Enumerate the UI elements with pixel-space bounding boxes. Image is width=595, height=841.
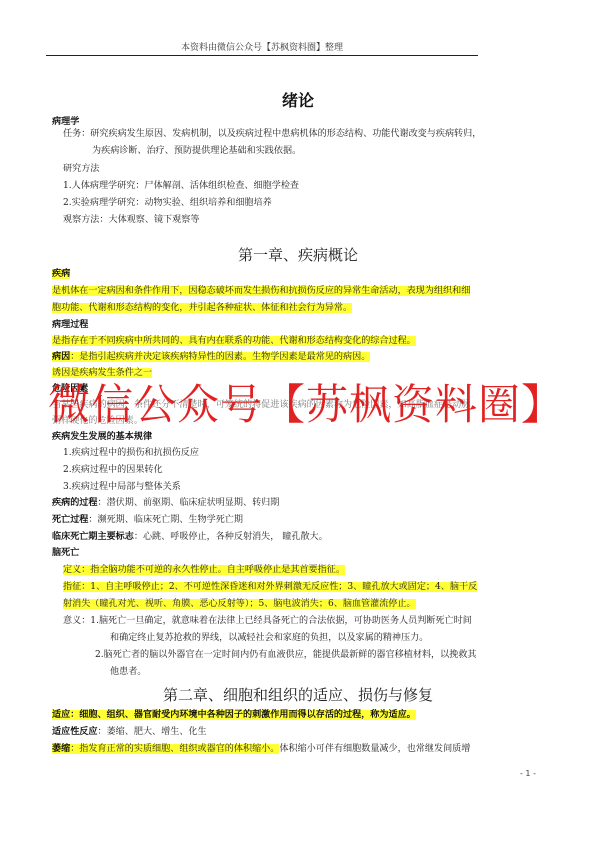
- atrophy-continued: 体积缩小可伴有细胞数量减少，也常继发间质增: [279, 744, 470, 754]
- page-header: 本资料由微信公众号【苏枫资料圈】整理: [46, 40, 478, 53]
- significance-4: 他患者。: [110, 666, 146, 678]
- adaptation-definition: 适应：细胞、组织、器官耐受内环境中各种因子的刺激作用而得以存活的过程，称为适应。: [52, 710, 416, 720]
- header-divider: [46, 55, 478, 56]
- task-line-2: 为疾病诊断、治疗、预防提供理论基础和实践依据。: [92, 145, 301, 157]
- significance-3: 2.脑死亡者的脑以外器官在一定时间内仍有血液供应，能提供最新鲜的器官移植材料，以…: [95, 649, 477, 661]
- death-process-label: 死亡过程: [52, 515, 88, 525]
- chapter1-title: 第一章、疾病概论: [52, 244, 544, 265]
- disease-course-text: ：潜伏期、前驱期、临床症状明显期、转归期: [97, 498, 279, 508]
- law-item: 1.疾病过程中的损伤和抗损伤反应: [63, 447, 199, 459]
- law-item: 3.疾病过程中局部与整体关系: [63, 481, 181, 493]
- atrophy-label: 萎缩: [52, 744, 70, 754]
- disease-definition-1: 是机体在一定病因和条件作用下，因稳态破坏而发生损伤和抗损伤反应的异常生命活动，表…: [52, 286, 470, 296]
- pathological-process-definition: 是指存在于不同疾病中所共同的、具有内在联系的功能、代谢和形态结构变化的综合过程。: [52, 336, 416, 346]
- intro-title: 绪论: [52, 88, 544, 111]
- brain-death-signs-1: 指征：1、自主呼吸停止；2、不可逆性深昏迷和对外界刺激无反应性；3、瞳孔放大或固…: [63, 582, 477, 592]
- adaptive-response-label: 适应性反应: [52, 727, 97, 737]
- chapter2-title: 第二章、细胞和组织的适应、损伤与修复: [52, 684, 544, 705]
- etiology-label: 病因: [52, 352, 70, 362]
- law-item: 2.疾病过程中的因果转化: [63, 464, 163, 476]
- method-item: 1.人体病理学研究：尸体解剖、活体组织检查、细胞学检查: [63, 180, 299, 192]
- clinical-death-label: 临床死亡期主要标志: [52, 532, 134, 542]
- disease-heading: 疾病: [52, 269, 70, 279]
- task-text-1: 研究疾病发生原因、发病机制，以及疾病过程中患病机体的形态结构、功能代谢改变与疾病…: [90, 129, 481, 139]
- etiology-text: ：是指引起疾病并决定该疾病特异性的因素。生物学因素是最常见的病因。: [70, 352, 370, 362]
- page-number: - 1 -: [520, 769, 536, 778]
- disease-definition-2: 胞功能、代谢和形态结构的变化，并引起各种症状、体征和社会行为异常。: [52, 303, 352, 313]
- observation-methods: 观察方法：大体观察、镜下观察等: [63, 214, 199, 226]
- method-item: 2.实验病理学研究：动物实验、组织培养和细胞培养: [63, 197, 272, 209]
- significance-1: 意义：1.脑死亡一旦确定，就意味着在法律上已经具备死亡的合法依据，可协助医务人员…: [63, 615, 472, 627]
- inducement-text: 诱因是疾病发生条件之一: [52, 368, 152, 378]
- significance-2: 和确定终止复苏抢救的界线，以减轻社会和家庭的负担，以及家属的精神压力。: [110, 632, 428, 644]
- task-label: 任务：: [63, 129, 90, 139]
- atrophy-definition: ：指发育正常的实质细胞、组织或器官的体积缩小。: [70, 744, 279, 754]
- brain-death-signs-2: 射消失（瞳孔对光、视听、角膜、恶心反射等）；5、脑电波消失；6、脑血管灌流停止。: [63, 599, 416, 609]
- methods-heading: 研究方法: [63, 163, 99, 175]
- death-process-text: ：濒死期、临床死亡期、生物学死亡期: [88, 515, 243, 525]
- section-heading-pathology: 病理学: [52, 116, 79, 128]
- pathological-process-heading: 病理过程: [52, 319, 88, 331]
- task-line-1: 任务：研究疾病发生原因、发病机制，以及疾病过程中患病机体的形态结构、功能代谢改变…: [63, 128, 481, 140]
- watermark-text: 微信公众号【苏枫资料圈】: [48, 380, 568, 430]
- laws-heading: 疾病发生发展的基本规律: [52, 431, 152, 443]
- brain-death-definition: 定义：指全脑功能不可逆的永久性停止。自主呼吸停止是其首要指征。: [63, 565, 345, 575]
- disease-course-label: 疾病的过程: [52, 498, 97, 508]
- clinical-death-text: ：心跳、呼吸停止，各种反射消失， 瞳孔散大。: [134, 532, 328, 542]
- brain-death-heading: 脑死亡: [52, 547, 79, 559]
- adaptive-response-text: ：萎缩、肥大、增生、化生: [97, 727, 206, 737]
